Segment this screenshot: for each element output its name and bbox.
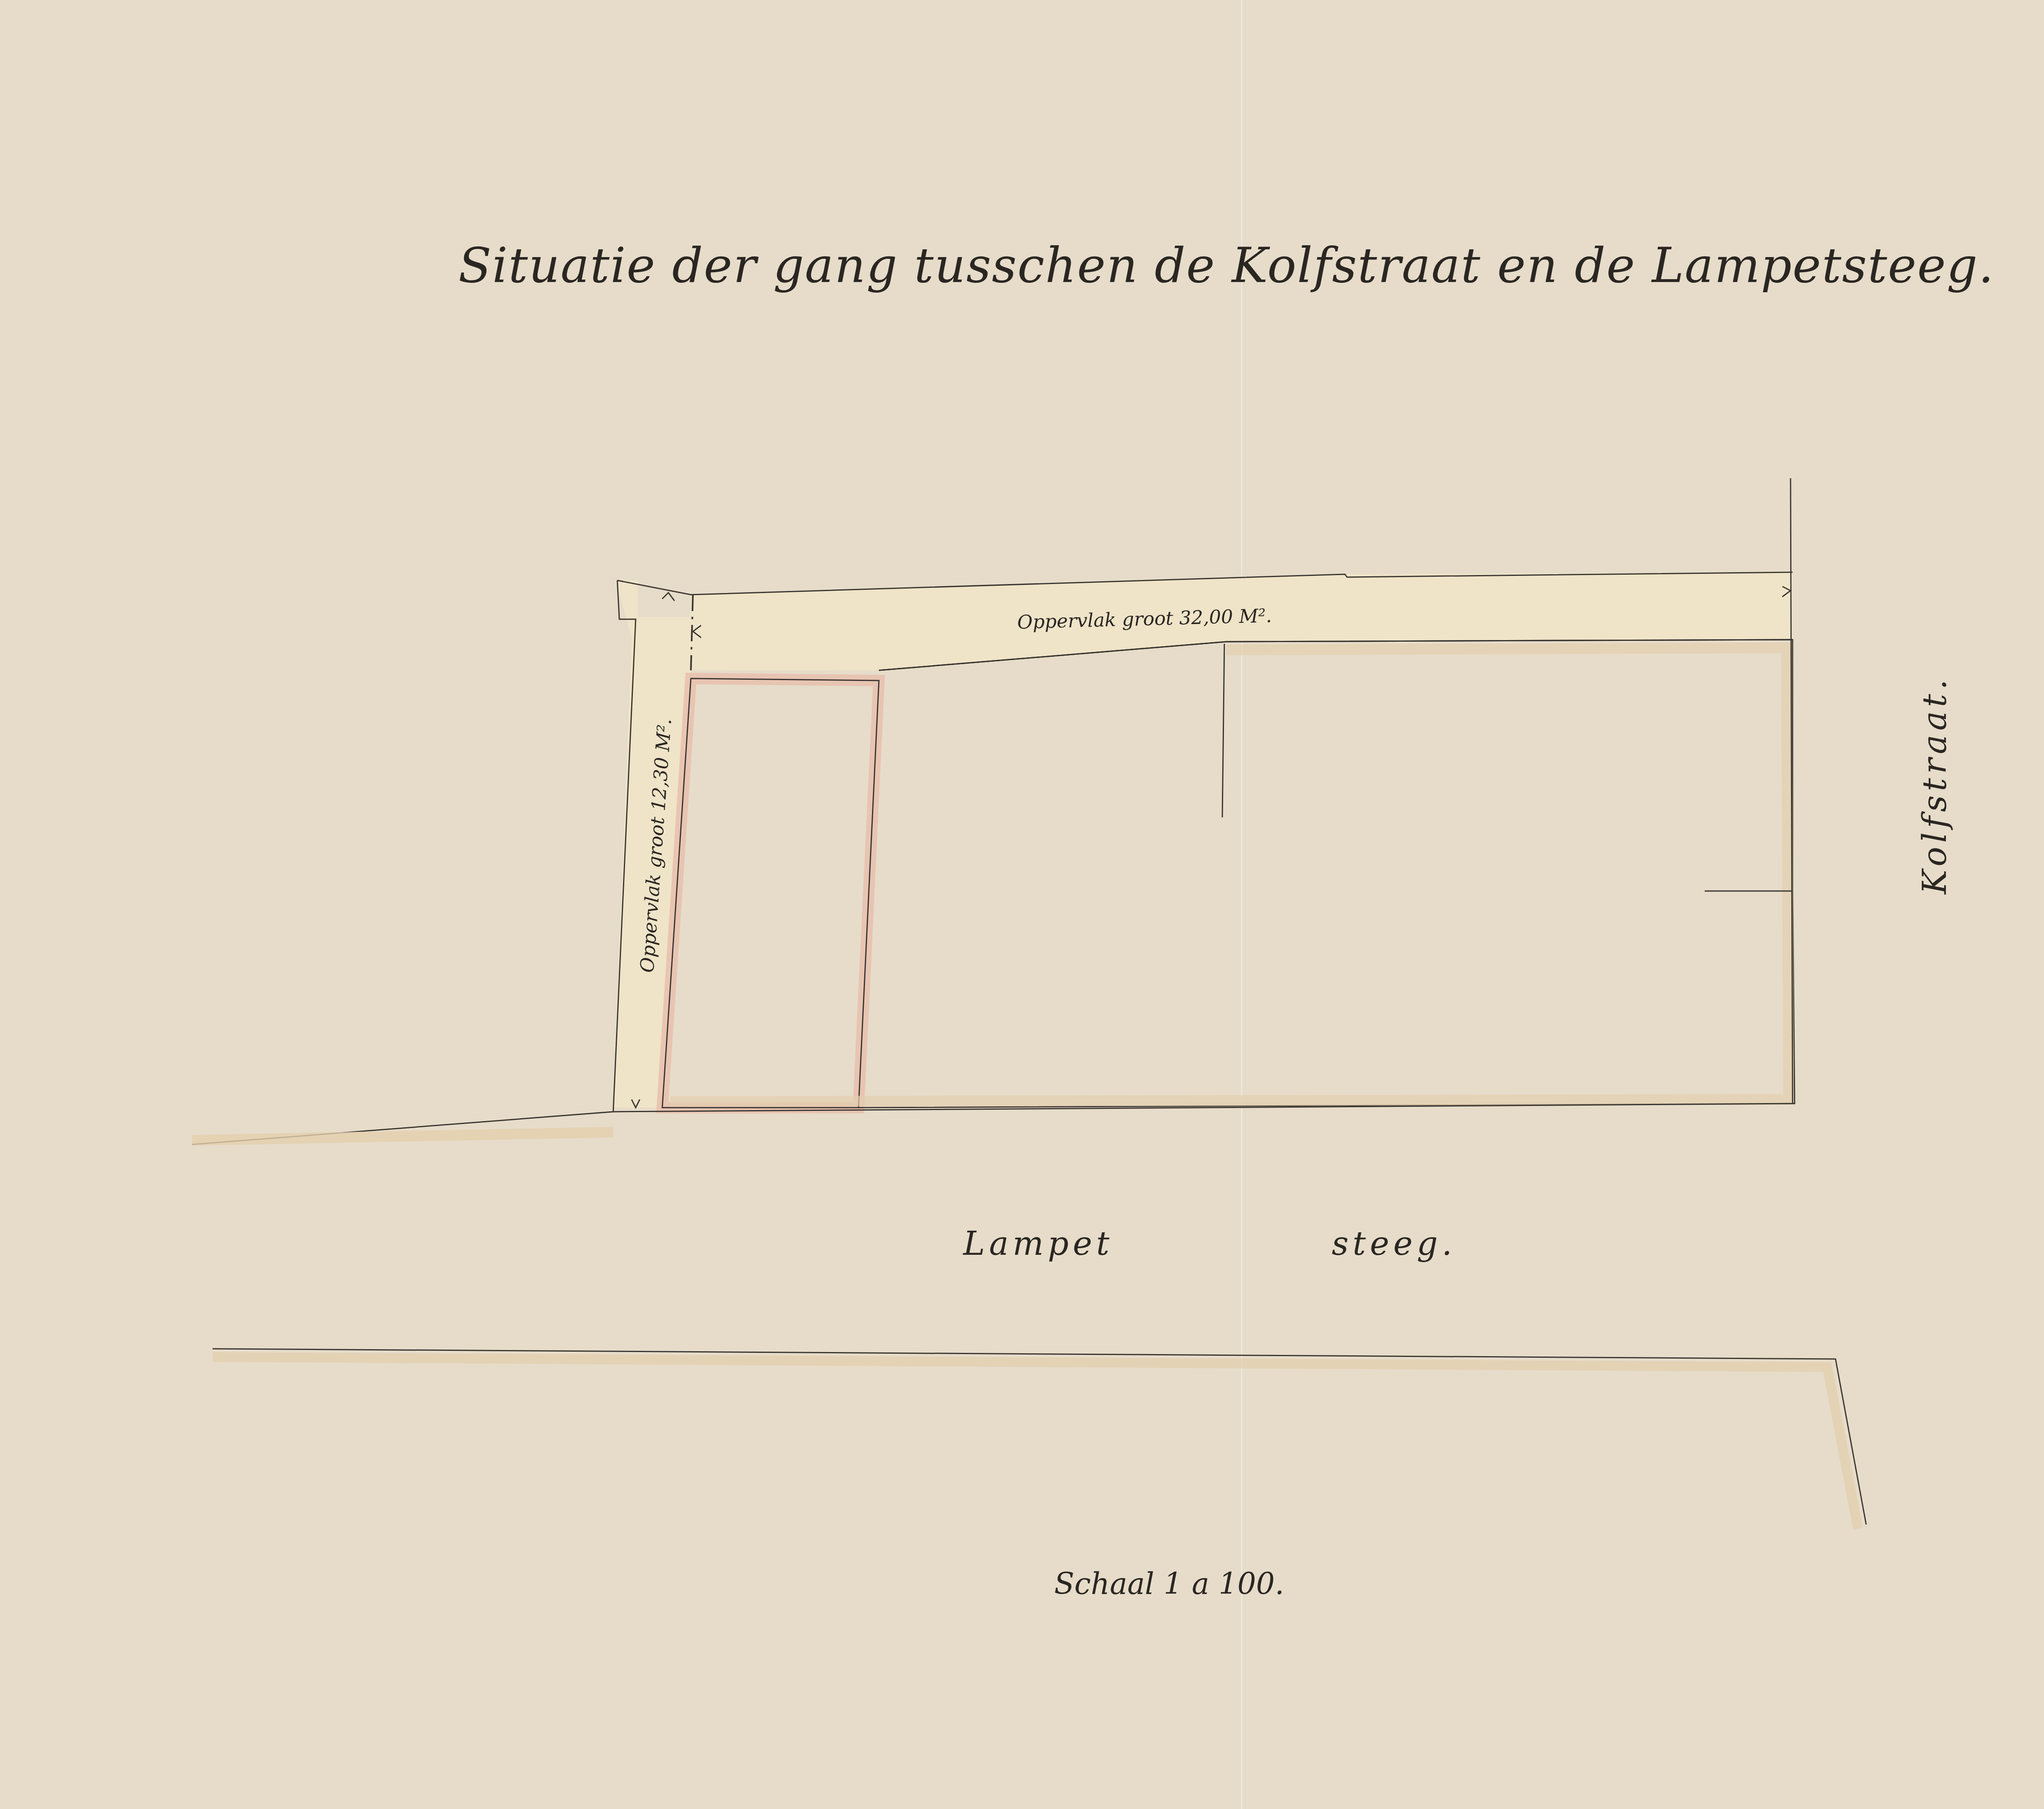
pink-plot [662,678,879,1108]
document-title: Situatie der gang tusschen de Kolfstraat… [458,237,1995,293]
vertical-passage-left-edge [192,580,636,1144]
parcel-division-line [1222,644,1224,817]
lampetsteeg-label-part1: Lampet [962,1225,1113,1263]
lampetsteeg-label-part2: steeg. [1332,1225,1457,1263]
arrow-mark-icon [662,593,675,601]
main-parcel-outline [858,640,1795,1108]
lampetsteeg-south-line [213,1349,1866,1525]
scale-label: Schaal 1 a 100. [1054,1567,1284,1601]
kolfstraat-street-label: Kolfstraat. [1916,675,1954,895]
site-plan-drawing: Situatie der gang tusschen de Kolfstraat… [0,0,2044,1809]
